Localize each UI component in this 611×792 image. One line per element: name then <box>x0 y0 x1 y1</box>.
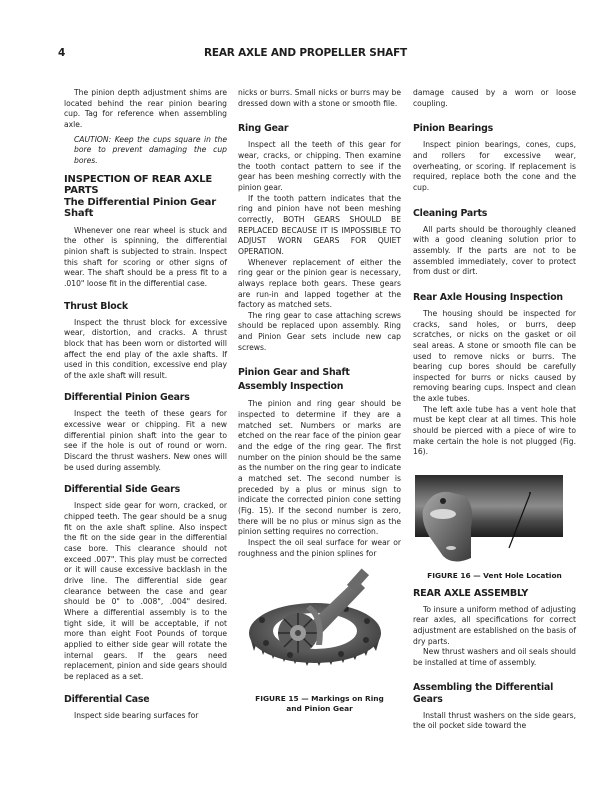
heading-diff-pinion-shaft: The Differential Pinion Gear Shaft <box>64 197 227 220</box>
figure-15: FIGURE 15 — Markings on Ring and Pinion … <box>238 565 401 714</box>
figure-16-caption: FIGURE 16 — Vent Hole Location <box>413 571 576 581</box>
paragraph-continued: nicks or burrs. Small nicks or burrs may… <box>238 88 401 109</box>
paragraph: Inspect all the teeth of this gear for w… <box>238 140 401 193</box>
heading-thrust-block: Thrust Block <box>64 300 227 313</box>
paragraph: Inspect the oil seal surface for wear or… <box>238 538 401 559</box>
paragraph: To insure a uniform method of adjusting … <box>413 605 576 648</box>
caption-line: FIGURE 15 — Markings on Ring <box>238 694 401 704</box>
heading-rear-axle-assembly: REAR AXLE ASSEMBLY <box>413 587 576 600</box>
paragraph: Inspect pinion bearings, cones, cups, an… <box>413 140 576 193</box>
paragraph: Inspect the teeth of these gears for exc… <box>64 409 227 473</box>
paragraph: Inspect side bearing surfaces for <box>64 711 227 722</box>
heading-ring-gear: Ring Gear <box>238 122 401 135</box>
paragraph: The ring gear to case attaching screws s… <box>238 311 401 354</box>
heading-cleaning-parts: Cleaning Parts <box>413 207 576 220</box>
paragraph: Inspect the thrust block for excessive w… <box>64 318 227 382</box>
column-2: nicks or burrs. Small nicks or burrs may… <box>238 88 401 714</box>
heading-diff-side-gears: Differential Side Gears <box>64 483 227 496</box>
heading-assembling-differential: Assembling the Differential Gears <box>413 682 576 706</box>
paragraph: Inspect side gear for worn, cracked, or … <box>64 501 227 682</box>
caption-line: and Pinion Gear <box>238 704 401 714</box>
paragraph: All parts should be thoroughly cleaned w… <box>413 225 576 278</box>
paragraph-continued: damage caused by a worn or loose couplin… <box>413 88 576 109</box>
paragraph: Install thrust washers on the side gears… <box>413 711 576 732</box>
running-head: REAR AXLE AND PROPELLER SHAFT <box>0 47 611 59</box>
heading-diff-case: Differential Case <box>64 693 227 706</box>
paragraph: New thrust washers and oil seals should … <box>413 647 576 668</box>
heading-diff-pinion-gears: Differential Pinion Gears <box>64 391 227 404</box>
paragraph: The housing should be inspected for crac… <box>413 309 576 405</box>
paragraph: The pinion and ring gear should be inspe… <box>238 399 401 538</box>
ring-pinion-gear-image <box>238 565 401 690</box>
paragraph: If the tooth pattern indicates that the … <box>238 194 401 258</box>
column-3: damage caused by a worn or loose couplin… <box>413 88 576 732</box>
paragraph: The left axle tube has a vent hole that … <box>413 405 576 458</box>
caution-note: CAUTION: Keep the cups square in the bor… <box>74 135 227 167</box>
figure-15-caption: FIGURE 15 — Markings on Ring and Pinion … <box>238 694 401 714</box>
column-1: The pinion depth adjustment shims are lo… <box>64 88 227 721</box>
figure-16: FIGURE 16 — Vent Hole Location <box>413 470 576 581</box>
heading-pinion-shaft: Pinion Gear and Shaft Assembly Inspectio… <box>238 366 401 394</box>
heading-housing-inspection: Rear Axle Housing Inspection <box>413 291 576 304</box>
paragraph: Whenever one rear wheel is stuck and the… <box>64 226 227 290</box>
section-title: INSPECTION OF REAR AXLE PARTS <box>64 174 227 197</box>
paragraph: Whenever replacement of either the ring … <box>238 258 401 311</box>
axle-tube-vent-hole-image <box>413 470 563 565</box>
paragraph: The pinion depth adjustment shims are lo… <box>64 88 227 131</box>
heading-pinion-bearings: Pinion Bearings <box>413 122 576 135</box>
